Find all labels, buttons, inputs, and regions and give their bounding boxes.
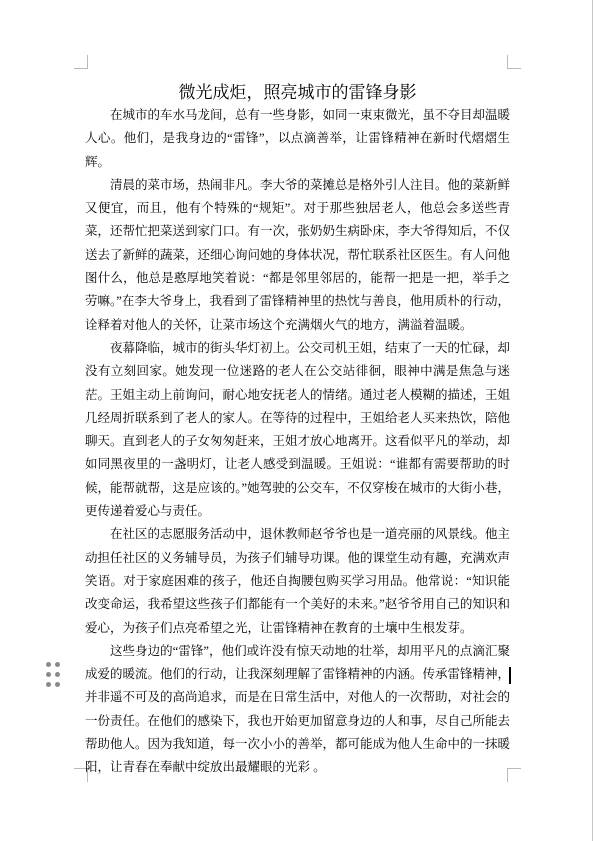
drag-handle-dot — [55, 662, 60, 667]
drag-handle-icon[interactable] — [46, 662, 60, 687]
paragraph[interactable]: 这些身边的“雷锋”，他们或许没有惊天动地的壮举，却用平凡的点滴汇聚成爱的暖流。他… — [85, 640, 510, 780]
drag-handle-dot — [55, 682, 60, 687]
page-edge-line — [592, 0, 593, 841]
document-page: 微光成炬，照亮城市的雷锋身影 在城市的车水马龙间，总有一些身影，如同一束束微光，… — [0, 0, 595, 841]
document-text-area[interactable]: 微光成炬，照亮城市的雷锋身影 在城市的车水马龙间，总有一些身影，如同一束束微光，… — [85, 82, 510, 780]
margin-mark-top-right — [507, 55, 521, 69]
margin-mark-top-left — [74, 55, 88, 69]
drag-handle-dot — [46, 672, 51, 677]
paragraph[interactable]: 在城市的车水马龙间，总有一些身影，如同一束束微光，虽不夺目却温暖人心。他们，是我… — [85, 104, 510, 174]
document-body: 在城市的车水马龙间，总有一些身影，如同一束束微光，虽不夺目却温暖人心。他们，是我… — [85, 104, 510, 780]
drag-handle-dot — [55, 672, 60, 677]
paragraph[interactable]: 清晨的菜市场，热闹非凡。李大爷的菜摊总是格外引人注目。他的菜新鲜又便宜，而且，他… — [85, 174, 510, 337]
text-cursor — [509, 667, 511, 684]
paragraph[interactable]: 夜幕降临，城市的街头华灯初上。公交司机王姐，结束了一天的忙碌，却没有立刻回家。她… — [85, 337, 510, 523]
paragraph[interactable]: 在社区的志愿服务活动中，退休教师赵爷爷也是一道亮丽的风景线。他主动担任社区的义务… — [85, 523, 510, 639]
drag-handle-dot — [46, 662, 51, 667]
document-title[interactable]: 微光成炬，照亮城市的雷锋身影 — [85, 82, 510, 104]
drag-handle-dot — [46, 682, 51, 687]
